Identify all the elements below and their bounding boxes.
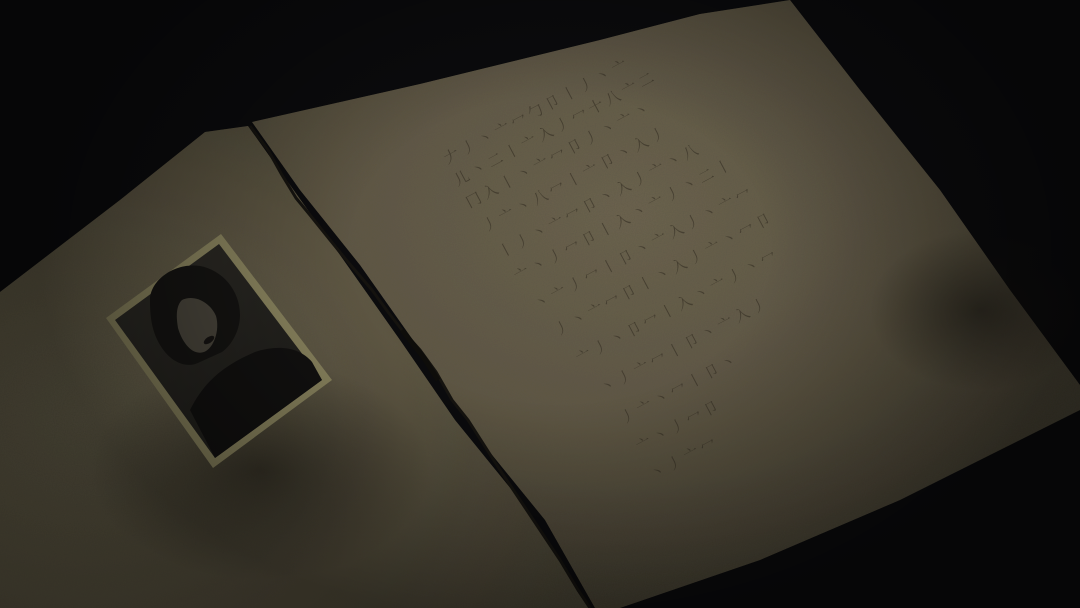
- game-scene: 𠂇⼃⼂⼇⼍⼓⼙⼁⼃⼂⼇ ⼉⼂⼆⼁⼇⼊⼃⼍⼗⼋⼇⼆ ⼌⼊⼁⼂⼇⼍⼙⼃⼂⼇⼂ ⼃⼇⼂…: [0, 0, 1080, 608]
- notebook: [0, 0, 1080, 608]
